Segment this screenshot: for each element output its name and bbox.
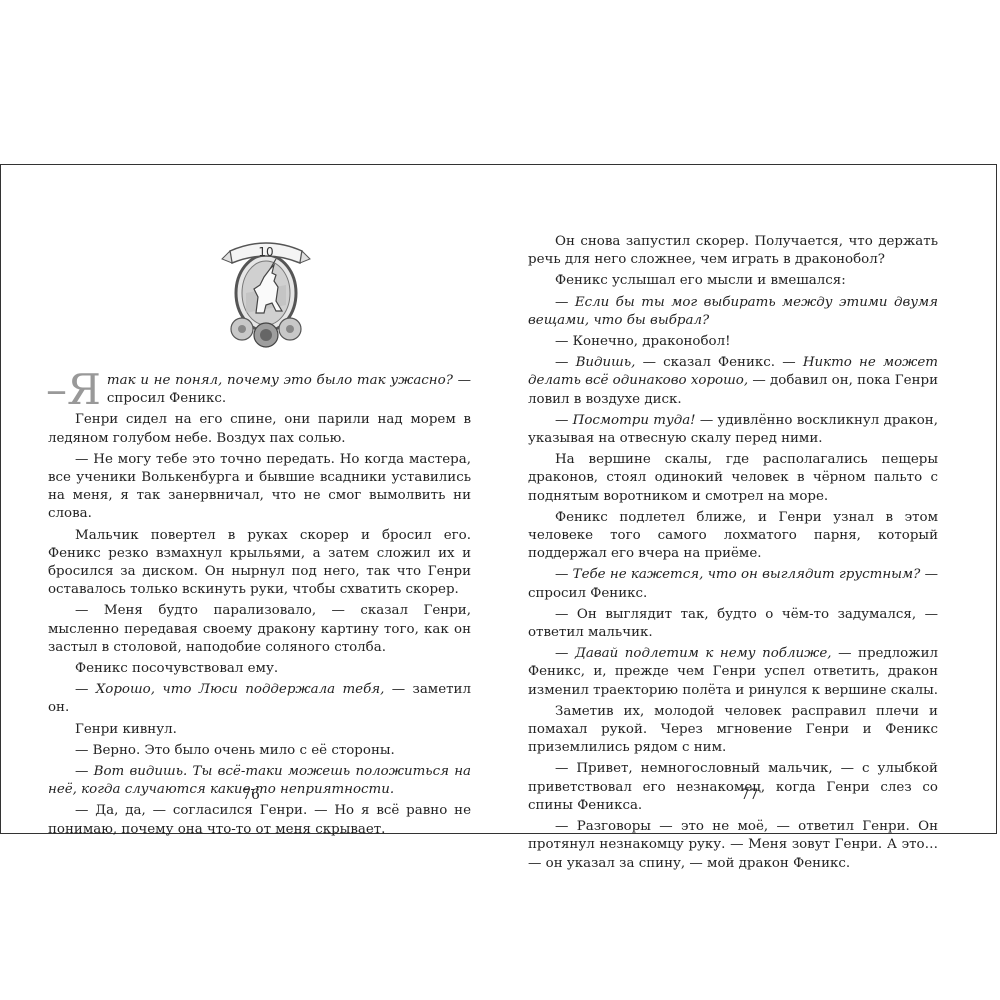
- left-page: 10 –Ятак и не понял, почему это было так…: [1, 165, 501, 833]
- paragraph: Феникс подлетел ближе, и Генри узнал в э…: [528, 509, 938, 564]
- right-page: Он снова запустил скорер. Получается, чт…: [501, 165, 998, 833]
- paragraph: Заметив их, молодой человек расправил пл…: [528, 703, 938, 758]
- left-page-text: –Ятак и не понял, почему это было так уж…: [48, 372, 471, 839]
- paragraph: Он снова запустил скорер. Получается, чт…: [528, 233, 938, 269]
- paragraph: — Да, да, — согласился Генри. — Но я всё…: [48, 802, 471, 838]
- paragraph: Генри кивнул.: [48, 721, 471, 739]
- paragraph: — Он выглядит так, будто о чём-то задума…: [528, 606, 938, 642]
- paragraph: — Тебе не кажется, что он выглядит груст…: [528, 566, 938, 602]
- paragraph: — Если бы ты мог выбирать между этими дв…: [528, 294, 938, 330]
- paragraph: — Конечно, драконобол!: [528, 333, 938, 351]
- paragraph: — Давай подлетим к нему поближе, — предл…: [528, 645, 938, 700]
- book-spread: 10 –Ятак и не понял, почему это было так…: [0, 164, 997, 834]
- paragraph: На вершине скалы, где располагались пеще…: [528, 451, 938, 506]
- paragraph: Генри сидел на его спине, они парили над…: [48, 411, 471, 447]
- drop-cap: –Я: [46, 371, 101, 409]
- page-number-left: 76: [1, 787, 501, 803]
- paragraph: — Разговоры — это не моё, — ответил Генр…: [528, 818, 938, 873]
- page-number-right: 77: [501, 787, 998, 803]
- paragraph: — Хорошо, что Люси поддержала тебя, — за…: [48, 681, 471, 717]
- paragraph: Феникс услышал его мысли и вмешался:: [528, 272, 938, 290]
- paragraph: — Меня будто парализовало, — сказал Генр…: [48, 602, 471, 657]
- paragraph: Феникс посочувствовал ему.: [48, 660, 471, 678]
- paragraph: — Верно. Это было очень мило с её сторон…: [48, 742, 471, 760]
- svg-text:10: 10: [258, 245, 273, 259]
- paragraph: Мальчик повертел в руках скорер и бросил…: [48, 527, 471, 600]
- paragraph: –Ятак и не понял, почему это было так уж…: [48, 372, 471, 408]
- paragraph: — Посмотри туда! — удивлённо воскликнул …: [528, 412, 938, 448]
- right-page-text: Он снова запустил скорер. Получается, чт…: [528, 233, 938, 873]
- paragraph: — Видишь, — сказал Феникс. — Никто не мо…: [528, 354, 938, 409]
- unicorn-crest-icon: 10: [216, 225, 316, 355]
- paragraph: — Не могу тебе это точно передать. Но ко…: [48, 451, 471, 524]
